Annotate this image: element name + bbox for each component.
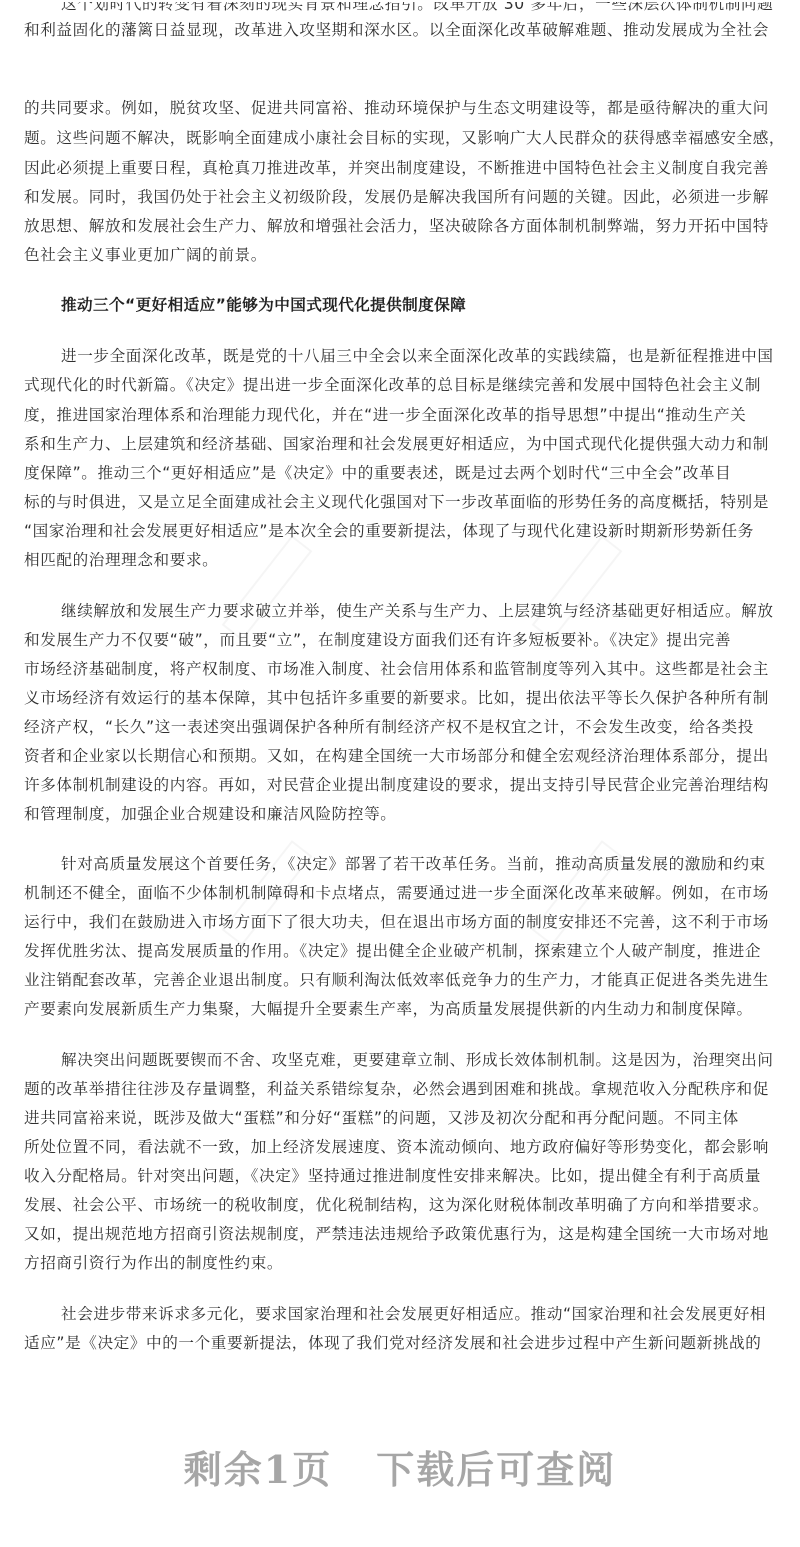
text-line: 系和生产力、上层建筑和经济基础、国家治理和社会发展更好相适应，为中国式现代化提供… [24, 434, 776, 454]
text-line: 解决突出问题既要锲而不舍、攻坚克难，更要建章立制、形成长效体制机制。这是因为，治… [61, 1050, 776, 1070]
text-line: 所处位置不同，看法就不一致，加上经济发展速度、资本流动倾向、地方政府偏好等形势变… [24, 1137, 776, 1157]
text-line: 这个划时代的转变有着深刻的现实背景和理念指引。改革开放 30 多年后，一些深层次… [61, 0, 776, 14]
text-line: 式现代化的时代新篇。《决定》提出进一步全面深化改革的总目标是继续完善和发展中国特… [24, 375, 776, 395]
text-line: 相匹配的治理理念和要求。 [24, 550, 776, 570]
text-line: 发展、社会公平、市场统一的税收制度，优化税制结构，这为深化财税体制改革明确了方向… [24, 1195, 776, 1215]
text-line: 色社会主义事业更加广阔的前景。 [24, 245, 776, 265]
text-line: 和发展生产力不仅要“破”，而且要“立”，在制度建设方面我们还有许多短板要补。《决… [24, 630, 776, 650]
text-line: 运行中，我们在鼓励进入市场方面下了很大功夫，但在退出市场方面的制度安排还不完善，… [24, 912, 776, 932]
text-line: 度保障”。推动三个“更好相适应”是《决定》中的重要表述，既是过去两个划时代“三中… [24, 463, 776, 483]
text-line: 的共同要求。例如，脱贫攻坚、促进共同富裕、推动环境保护与生态文明建设等，都是亟待… [24, 98, 776, 118]
text-line: 针对高质量发展这个首要任务，《决定》部署了若干改革任务。当前，推动高质量发展的激… [61, 854, 776, 874]
text-line: 标的与时俱进，又是立足全面建成社会主义现代化强国对下一步改革面临的形势任务的高度… [24, 492, 776, 512]
text-line: 适应”是《决定》中的一个重要新提法，体现了我们党对经济发展和社会进步过程中产生新… [24, 1333, 776, 1353]
text-line: 发挥优胜劣汰、提高发展质量的作用。《决定》提出健全企业破产机制，探索建立个人破产… [24, 941, 776, 961]
download-to-view-label[interactable]: 下载后可查阅 [376, 1447, 616, 1492]
text-line: 题的改革举措往往涉及存量调整，利益关系错综复杂，必然会遇到困难和挑战。拿规范收入… [24, 1079, 776, 1099]
text-line: 机制还不健全，面临不少体制机制障碍和卡点堵点，需要通过进一步全面深化改革来破解。… [24, 883, 776, 903]
text-line: 社会进步带来诉求多元化，要求国家治理和社会发展更好相适应。推动“国家治理和社会发… [61, 1304, 776, 1324]
text-line: 又如，提出规范地方招商引资法规制度，严禁违法违规给予政策优惠行为，这是构建全国统… [24, 1224, 776, 1244]
text-line: 资者和企业家以长期信心和预期。又如，在构建全国统一大市场部分和健全宏观经济治理体… [24, 746, 776, 766]
text-line: 和利益固化的藩篱日益显现，改革进入攻坚期和深水区。以全面深化改革破解难题、推动发… [24, 20, 776, 40]
text-line: 义市场经济有效运行的基本保障，其中包括许多重要的新要求。比如，提出依法平等长久保… [24, 688, 776, 708]
text-line: “国家治理和社会发展更好相适应”是本次全会的重要新提法，体现了与现代化建设新时期… [24, 521, 776, 541]
document-page: 这个划时代的转变有着深刻的现实背景和理念指引。改革开放 30 多年后，一些深层次… [0, 0, 800, 1547]
section-heading: 推动三个“更好相适应”能够为中国式现代化提供制度保障 [61, 295, 466, 315]
text-line: 进共同富裕来说，既涉及做大“蛋糕”和分好“蛋糕”的问题，又涉及初次分配和再分配问… [24, 1108, 776, 1128]
download-to-read-banner[interactable]: 剩余1页下载后可查阅 [0, 1446, 800, 1494]
text-line: 产要素向发展新质生产力集聚，大幅提升全要素生产率，为高质量发展提供新的内生动力和… [24, 999, 776, 1019]
text-line: 业注销配套改革，完善企业退出制度。只有顺利淘汰低效率低竞争力的生产力，才能真正促… [24, 970, 776, 990]
text-line: 度，推进国家治理体系和治理能力现代化，并在“进一步全面深化改革的指导思想”中提出… [24, 405, 776, 425]
text-line: 经济产权，“长久”这一表述突出强调保护各种所有制经济产权不是权宜之计，不会发生改… [24, 717, 776, 737]
text-line: 和管理制度，加强企业合规建设和廉洁风险防控等。 [24, 804, 776, 824]
text-line: 市场经济基础制度，将产权制度、市场准入制度、社会信用体系和监管制度等列入其中。这… [24, 659, 776, 679]
text-line: 放思想、解放和发展社会生产力、解放和增强社会活力，坚决破除各方面体制机制弊端，努… [24, 216, 776, 236]
remaining-pages-label: 剩余1页 [184, 1447, 332, 1492]
text-line: 许多体制机制建设的内容。再如，对民营企业提出制度建设的要求，提出支持引导民营企业… [24, 775, 776, 795]
text-line: 收入分配格局。针对突出问题，《决定》坚持通过推进制度性安排来解决。比如，提出健全… [24, 1166, 776, 1186]
text-line: 因此必须提上重要日程，真枪真刀推进改革，并突出制度建设，不断推进中国特色社会主义… [24, 158, 776, 178]
text-line: 和发展。同时，我国仍处于社会主义初级阶段，发展仍是解决我国所有问题的关键。因此，… [24, 187, 776, 207]
text-line: 题。这些问题不解决，既影响全面建成小康社会目标的实现，又影响广大人民群众的获得感… [24, 128, 776, 148]
text-line: 进一步全面深化改革，既是党的十八届三中全会以来全面深化改革的实践续篇，也是新征程… [61, 346, 776, 366]
text-line: 方招商引资行为作出的制度性约束。 [24, 1253, 776, 1273]
text-line: 继续解放和发展生产力要求破立并举，使生产关系与生产力、上层建筑与经济基础更好相适… [61, 601, 776, 621]
